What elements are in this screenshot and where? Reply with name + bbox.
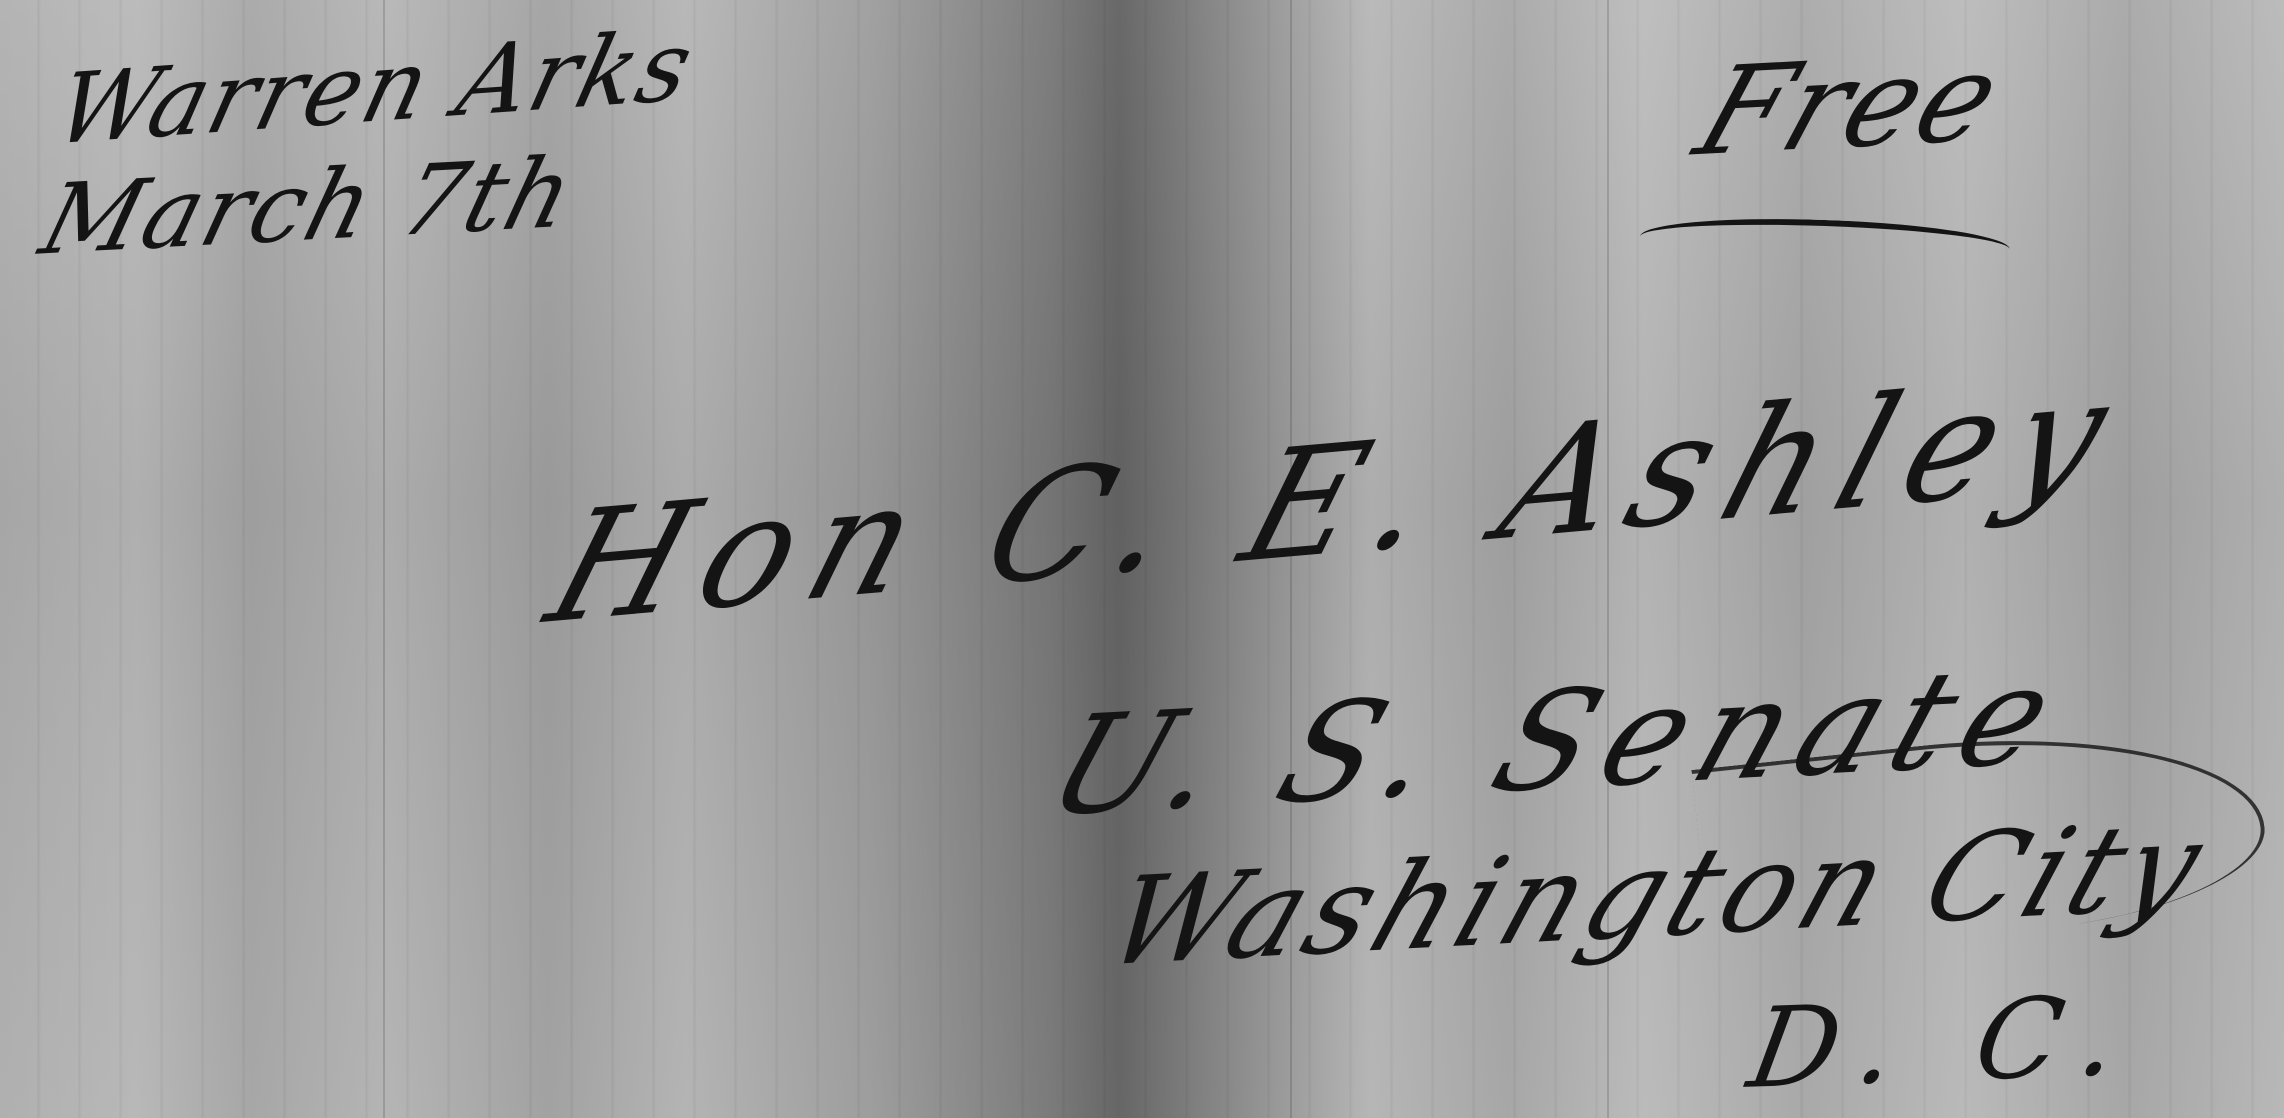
frank-flourish xyxy=(1639,214,2010,273)
postmark-place: Warren Arks xyxy=(45,9,705,167)
letter-cover: Warren Arks March 7th Free Hon C. E. Ash… xyxy=(0,0,2284,1118)
addressee-name: Hon C. E. Ashley xyxy=(530,343,2145,659)
free-frank: Free xyxy=(1680,27,2019,184)
addressee-district: D. C. xyxy=(1740,971,2152,1113)
